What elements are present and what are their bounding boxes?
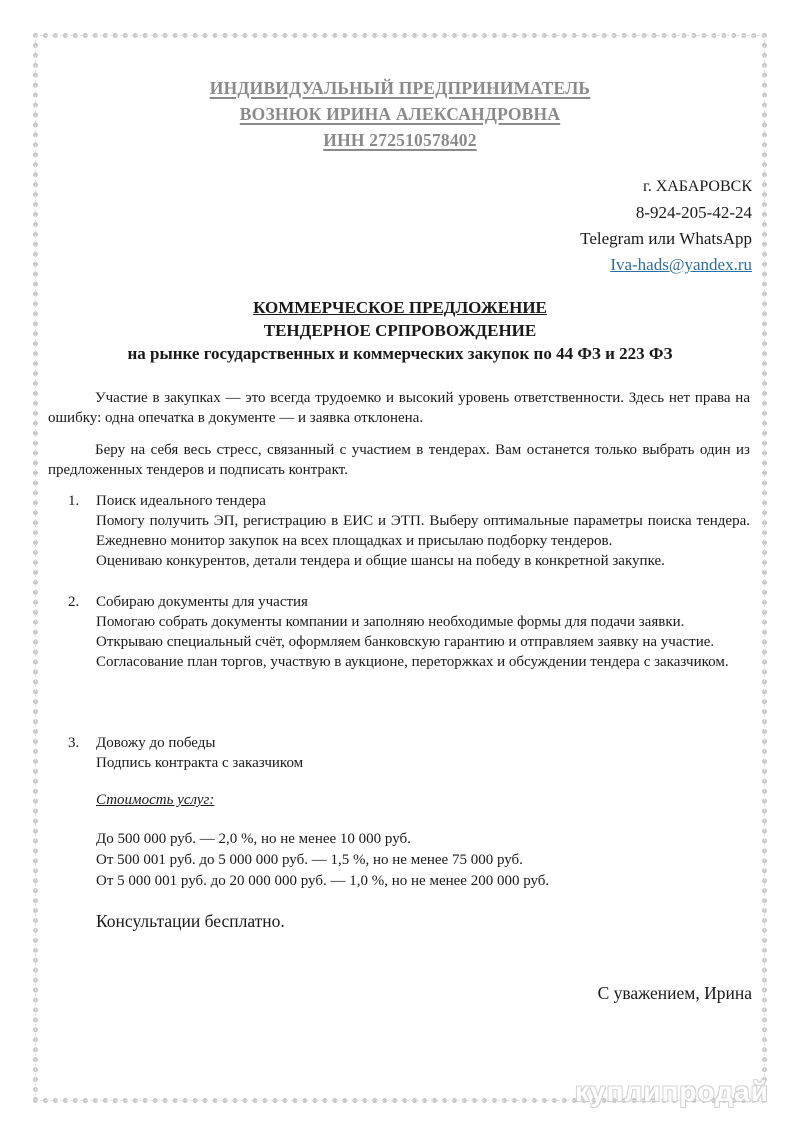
- contact-email-link[interactable]: Iva-hads@yandex.ru: [610, 255, 752, 274]
- pricing-label: Стоимость услуг:: [96, 792, 214, 809]
- title-commercial-offer: КОММЕРЧЕСКОЕ ПРЕДЛОЖЕНИЕ: [0, 296, 800, 319]
- watermark-logo: куплипродай: [575, 1076, 769, 1108]
- title-tender-support: ТЕНДЕРНОЕ СРПРОВОЖДЕНИЕ: [0, 319, 800, 342]
- service-title: Довожу до победы: [96, 733, 750, 753]
- contact-block: г. ХАБАРОВСК 8-924-205-42-24 Telegram ил…: [580, 174, 752, 278]
- document-title: КОММЕРЧЕСКОЕ ПРЕДЛОЖЕНИЕ ТЕНДЕРНОЕ СРПРО…: [0, 296, 800, 366]
- list-item: 3. Довожу до победы Подпись контракта с …: [68, 733, 750, 773]
- intro-text-1: Участие в закупках — это всегда трудоемк…: [48, 388, 750, 428]
- contact-messengers: Telegram или WhatsApp: [580, 226, 752, 252]
- signature: С уважением, Ирина: [598, 983, 752, 1004]
- entrepreneur-header: ИНДИВИДУАЛЬНЫЙ ПРЕДПРИНИМАТЕЛЬ ВОЗНЮК ИР…: [0, 75, 800, 153]
- service-description: Оцениваю конкурентов, детали тендера и о…: [96, 551, 750, 571]
- header-name: ВОЗНЮК ИРИНА АЛЕКСАНДРОВНА: [0, 101, 800, 127]
- intro-paragraph-1: Участие в закупках — это всегда трудоемк…: [48, 388, 750, 428]
- service-title: Поиск идеального тендера: [96, 491, 750, 511]
- header-inn: ИНН 272510578402: [0, 127, 800, 153]
- list-number: 1.: [68, 491, 79, 511]
- list-number: 3.: [68, 733, 79, 753]
- service-description: Помогу получить ЭП, регистрацию в ЕИС и …: [96, 511, 750, 551]
- service-description: Открываю специальный счёт, оформляем бан…: [96, 632, 750, 652]
- service-title: Собираю документы для участия: [96, 592, 750, 612]
- list-item: 1. Поиск идеального тендера Помогу получ…: [68, 491, 750, 571]
- title-subtitle: на рынке государственных и коммерческих …: [0, 342, 800, 366]
- header-title: ИНДИВИДУАЛЬНЫЙ ПРЕДПРИНИМАТЕЛЬ: [0, 75, 800, 101]
- pricing-tier: До 500 000 руб. — 2,0 %, но не менее 10 …: [96, 829, 549, 850]
- pricing-tiers: До 500 000 руб. — 2,0 %, но не менее 10 …: [96, 829, 549, 892]
- service-description: Подпись контракта с заказчиком: [96, 753, 750, 773]
- service-description: Помогаю собрать документы компании и зап…: [96, 612, 750, 632]
- list-number: 2.: [68, 592, 79, 612]
- intro-paragraph-2: Беру на себя весь стресс, связанный с уч…: [48, 440, 750, 480]
- pricing-tier: От 500 001 руб. до 5 000 000 руб. — 1,5 …: [96, 850, 549, 871]
- pricing-tier: От 5 000 001 руб. до 20 000 000 руб. — 1…: [96, 871, 549, 892]
- contact-phone: 8-924-205-42-24: [580, 200, 752, 226]
- consultation-note: Консультации бесплатно.: [96, 911, 285, 932]
- intro-text-2: Беру на себя весь стресс, связанный с уч…: [48, 440, 750, 480]
- list-item: 2. Собираю документы для участия Помогаю…: [68, 592, 750, 672]
- service-description: Согласование план торгов, участвую в аук…: [96, 652, 750, 672]
- contact-city: г. ХАБАРОВСК: [580, 174, 752, 200]
